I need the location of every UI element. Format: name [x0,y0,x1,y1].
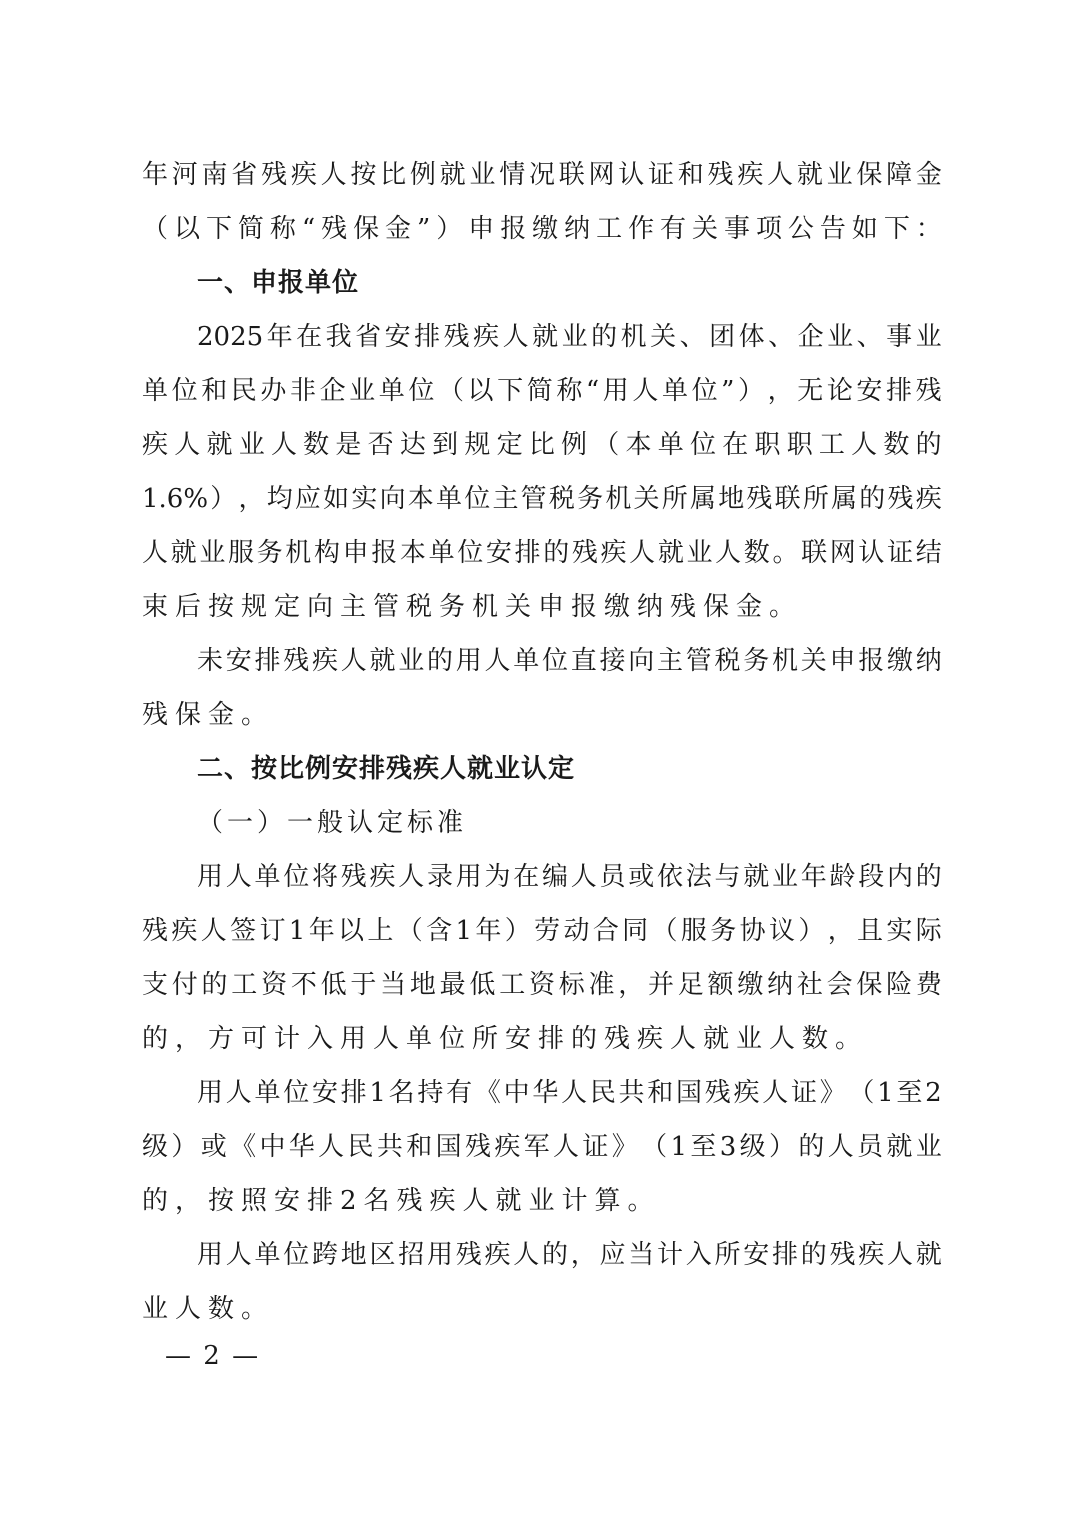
section-2-heading: 二、按比例安排残疾人就业认定 [197,749,942,789]
section-2-subheading: （一）一般认定标准 [197,803,942,843]
section-2-para-2-line-3: 的，按照安排2名残疾人就业计算。 [142,1181,942,1221]
intro-line-1: 年河南省残疾人按比例就业情况联网认证和残疾人就业保障金 [142,155,942,195]
section-1-para-2-line-1: 未安排残疾人就业的用人单位直接向主管税务机关申报缴纳 [197,641,942,681]
page-number: — 2 — [165,1336,260,1376]
section-1-heading: 一、申报单位 [197,263,942,303]
section-2-para-3-line-2: 业人数。 [142,1289,942,1329]
section-2-para-1-line-1: 用人单位将残疾人录用为在编人员或依法与就业年龄段内的 [197,857,942,897]
section-2-para-2-line-1: 用人单位安排1名持有《中华人民共和国残疾人证》（1至2 [197,1073,942,1113]
section-2-para-1-line-3: 支付的工资不低于当地最低工资标准，并足额缴纳社会保险费 [142,965,942,1005]
section-1-para-1-line-3: 疾人就业人数是否达到规定比例（本单位在职职工人数的 [142,425,942,465]
section-1-para-1-line-6: 束后按规定向主管税务机关申报缴纳残保金。 [142,587,942,627]
section-1-para-2-line-2: 残保金。 [142,695,942,735]
intro-line-2: （以下简称“残保金”）申报缴纳工作有关事项公告如下： [142,209,942,249]
document-page: 年河南省残疾人按比例就业情况联网认证和残疾人就业保障金 （以下简称“残保金”）申… [0,0,1080,1526]
section-1-para-1-line-5: 人就业服务机构申报本单位安排的残疾人就业人数。联网认证结 [142,533,942,573]
section-2-para-3-line-1: 用人单位跨地区招用残疾人的，应当计入所安排的残疾人就 [197,1235,942,1275]
section-1-para-1-line-2: 单位和民办非企业单位（以下简称“用人单位”），无论安排残 [142,371,942,411]
section-2-para-2-line-2: 级）或《中华人民共和国残疾军人证》（1至3级）的人员就业 [142,1127,942,1167]
section-2-para-1-line-2: 残疾人签订1年以上（含1年）劳动合同（服务协议），且实际 [142,911,942,951]
section-1-para-1-line-4: 1.6%），均应如实向本单位主管税务机关所属地残联所属的残疾 [142,479,942,519]
section-1-para-1-line-1: 2025年在我省安排残疾人就业的机关、团体、企业、事业 [197,317,942,357]
section-2-para-1-line-4: 的，方可计入用人单位所安排的残疾人就业人数。 [142,1019,942,1059]
